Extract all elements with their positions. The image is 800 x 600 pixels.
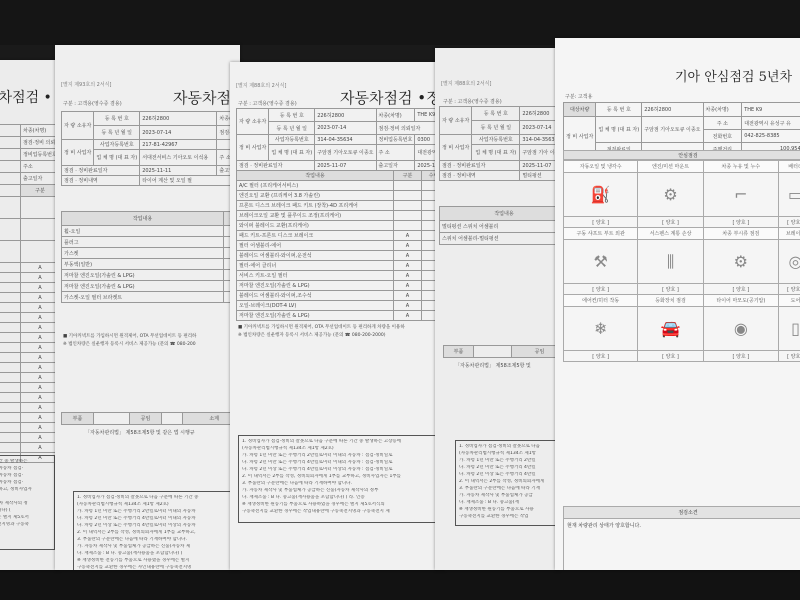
field-value: 등 록 번 호 xyxy=(94,112,140,126)
opinion-text: 현재 차량관리 상태가 양호합니다. xyxy=(564,519,800,532)
field-value: 2023-07-14 xyxy=(315,122,376,135)
table-row: 블레이드 어셈블리-와이퍼,조수석A1 xyxy=(237,291,446,301)
document-maintenance-receipt-3: [별지 제88호의 2서식] 구분 : 고객용(영수증 겸용) 자 량 소유자등… xyxy=(435,48,560,570)
field-value: 공임 xyxy=(130,413,162,425)
table-row: A/C 필터 (프리케어서비스) xyxy=(237,181,446,191)
field-value: 업 체 명 (대 표 자) xyxy=(269,145,315,161)
notes-box: 1. 정비업자가 점검·정비의 잘못으로 다음 구분에 따른 기간 중 발생하는… xyxy=(238,435,445,523)
door-icon: ▯ xyxy=(791,319,800,338)
field-value: 자 량 소유자 xyxy=(440,107,472,135)
notes-box: 따른 기간 중 발생하는이내의 자동차 점검·이내의 자동차 점검·이상의 자동… xyxy=(0,455,55,550)
field-value: 점검 · 정비내역 xyxy=(62,176,140,186)
check-item-label: 타이어 마모도(공기압) xyxy=(703,295,778,307)
table-row: 패드 키트-프론트 디스크 브레이크A1 xyxy=(237,231,446,241)
opinion-box: 점검소견 현재 차량관리 상태가 양호합니다. xyxy=(563,506,800,570)
field-value: 업 체 명 (대 표 자) xyxy=(596,117,642,143)
field-value: 차종(차명) xyxy=(376,109,415,122)
field-value: 등 록 번 호 xyxy=(269,109,315,122)
tire-icon: ◉ xyxy=(734,319,748,338)
table-row: 프론트 디스크 브레이크 패드 키트 (장착)-4D 프리케어 xyxy=(237,201,446,211)
field-value: 사업자등록번호 xyxy=(472,135,520,145)
table-row: 멀티펑션 스위치 어셈블리 xyxy=(440,221,561,233)
table-row: 저마찰 엔진오일(가솔린 & LPG)A xyxy=(62,270,241,281)
field-value: 2023-07-14 xyxy=(140,126,217,140)
field-value: 구암점 기아 이종오 xyxy=(520,145,560,161)
field-value: 구암점 기아오토큐 이종오 xyxy=(315,145,376,161)
check-status: [ 양호 ] xyxy=(638,351,703,362)
field-value: 주 소 xyxy=(376,145,415,161)
field-value: 점검 · 정비완료일자 xyxy=(440,161,520,171)
brake-icon: ◎ xyxy=(789,252,800,271)
division-label: 구분 : 고객용(영수증 겸용) xyxy=(63,100,122,107)
table-row: 플러그A xyxy=(62,237,241,248)
notes-box: 1. 정비업자가 점검·정비의 잘못으로 다음 (자동차관리법시행규칙 제134… xyxy=(455,440,560,526)
check-status: [ 양호 ] xyxy=(638,217,703,228)
check-item-label: 도어 xyxy=(779,295,800,307)
dark-background-bottom xyxy=(0,568,800,600)
form-number: [별지 제88호의 2서식] xyxy=(441,80,491,87)
field-value: 226허2800 xyxy=(642,103,703,117)
oil-coolant-icon: ⛽ xyxy=(591,185,611,204)
field-value: 정비업등록번호 xyxy=(376,135,415,145)
field-value: 2025-11-11 xyxy=(140,166,217,176)
suspension-icon: ⫼ xyxy=(667,252,674,271)
field-value: 217-81-42967 xyxy=(140,140,217,150)
leak-icon: ⌐ xyxy=(734,185,747,204)
aircon-icon: ❄ xyxy=(594,319,607,338)
table-row: 저마찰 엔진오일(가솔린 & LPG)A xyxy=(62,281,241,292)
field-value: 등 록 년 월 일 xyxy=(269,122,315,135)
table-row: 가스켓-오일 필터 브라켓트A xyxy=(62,292,241,303)
legal-reference: 「자동차관리법」 제58조제5항 및 xyxy=(455,362,531,369)
check-status: [ 양호 ] xyxy=(564,284,638,295)
table-row: 부동액(일반)A xyxy=(62,259,241,270)
check-item-label: 배터리 xyxy=(779,161,800,173)
field-value: 042-825-8385 xyxy=(742,130,800,143)
check-item-label: 에어컨/히터 작동 xyxy=(564,295,638,307)
check-item-label: 등화장치 점검 xyxy=(638,295,703,307)
cost-table: 부품공임 xyxy=(443,345,560,358)
car-lights-icon: 🚘 xyxy=(661,319,681,338)
table-row: 블레이드 어셈블리-와이퍼,운전석A1 xyxy=(237,251,446,261)
field-value: 주 소 xyxy=(703,117,742,130)
drive-shaft-icon: ⚒ xyxy=(593,252,607,271)
field-value: 공임 xyxy=(512,346,561,358)
check-status: [ 양호 ] xyxy=(564,351,638,362)
engine-mount-icon: ⚙ xyxy=(663,185,677,204)
division-label: 구분: 고객용 xyxy=(565,93,592,100)
field-value: 부품 xyxy=(444,346,474,358)
check-item-label: 브레이크 xyxy=(779,228,800,240)
form-number: [별지 제88호의 2서식] xyxy=(236,82,286,89)
bushing-gear-icon: ⚙ xyxy=(734,252,748,271)
table-row: 휠-오일A xyxy=(62,226,241,237)
table-row: 스위치 어셈블리-멀티펑션 xyxy=(440,233,561,245)
field-value: 구암점 기아오토큐 이종오 xyxy=(642,117,703,143)
field-value: 등 록 번 호 xyxy=(596,103,642,117)
table-row: 필터 어셈블리-에어A1 xyxy=(237,241,446,251)
check-item-label: 차종 부시류 점검 xyxy=(703,228,778,240)
table-row: 저마찰 엔진오일(가솔린 & LPG)A1 xyxy=(237,281,446,291)
field-value: 314-04-35634 xyxy=(315,135,376,145)
field-value: 타이어 계산 및 오일 필 xyxy=(140,176,240,186)
check-item-label: 엔진/미션 마운트 xyxy=(638,161,703,173)
field-value: 정 비 사업자 xyxy=(237,135,269,161)
field-value: 사업자등록번호 xyxy=(269,135,315,145)
field-value: 정 비 사업자 xyxy=(440,135,472,161)
table-row: 오일-브레이크(DOT-4 LV)A1 xyxy=(237,301,446,311)
field-value: 정 비 사업자 xyxy=(62,140,94,166)
check-item-label: 구동 샤프트 부트 외관 xyxy=(564,228,638,240)
field-value: 업 체 명 (대 표 자) xyxy=(472,145,520,161)
legal-reference: 「자동차관리법」 제58조제5항 및 같은 법 시행규 xyxy=(85,429,195,436)
partial-table: 차종(차명)점검·정비 의뢰정비업등록번호기타오주소출고일자구분클리스·엔진L2… xyxy=(0,124,60,463)
field-value: 등 록 년 월 일 xyxy=(472,121,520,135)
field-value: 226허2800 xyxy=(520,107,560,121)
field-value: 점검 · 정비완료일자 xyxy=(62,166,140,176)
field-value: 업 체 명 (대 표 자) xyxy=(94,150,140,166)
table-row: 저마찰 엔진오일(가솔린 & LPG)A3 xyxy=(237,311,446,321)
field-value: 점검 · 정비내역 xyxy=(440,171,520,181)
check-status: [ 양호 ] xyxy=(703,284,778,295)
table-row: 필터-에어 클리너A1 xyxy=(237,261,446,271)
doc-title: 동차점검 • xyxy=(0,87,52,107)
field-value: 부품 xyxy=(62,413,94,425)
check-status: [ 양호 ] xyxy=(779,351,800,362)
cost-table: 부품공임소계 xyxy=(61,412,240,425)
table-row: 와이퍼 블레이드 교환(프리케어) xyxy=(237,221,446,231)
table-row: 서비스 키트-오일 필터A1 xyxy=(237,271,446,281)
division-label: 구분 : 고객용(영수증 겸용) xyxy=(443,98,502,105)
vehicle-info-table: 자 량 소유자등 록 번 호226허2800차종(차명 등 록 년 월 일202… xyxy=(61,111,240,186)
field-value: 출고일자 xyxy=(376,161,415,171)
table-row: 브레이크오일 교환 및 플루이드 조정(프리케어) xyxy=(237,211,446,221)
check-status: [ 양호 ] xyxy=(564,217,638,228)
work-items-table: 작업내용구분휠-오일A플러그A가스켓A부동액(일반)A저마찰 엔진오일(가솔린 … xyxy=(61,211,240,303)
division-label: 구분 : 고객용(영수증 겸용) xyxy=(238,100,297,107)
field-value: 314-04-3563 xyxy=(520,135,560,145)
check-status: [ 양호 ] xyxy=(779,284,800,295)
table-row: 엔진오일 교환 (프리케어 3.8 가솔린) xyxy=(237,191,446,201)
doc-title: 기아 안심점검 5년차 xyxy=(675,66,792,85)
field-value: 자 량 소유자 xyxy=(62,112,94,140)
check-status: [ 양호 ] xyxy=(703,217,778,228)
field-value: 차종(차명) xyxy=(703,103,742,117)
check-item-label: 자동오일 및 냉각수 xyxy=(564,161,638,173)
check-status: [ 양호 ] xyxy=(703,351,778,362)
work-items-table: 작업내용멀티펑션 스위치 어셈블리스위치 어셈블리-멀티펑션 xyxy=(439,206,560,245)
field-value: 등 록 번 호 xyxy=(472,107,520,121)
field-value: 전화번호 xyxy=(703,130,742,143)
field-value: 226허2800 xyxy=(140,112,217,126)
notice-bullets: ■ 기아커넥트를 가입하시면 원격제어, OTA 무선업데이트 등 편리하게 차… xyxy=(238,324,405,339)
check-status: [ 양호 ] xyxy=(779,217,800,228)
field-value: 2025-11-07 xyxy=(315,161,376,171)
table-row: 가스켓A xyxy=(62,248,241,259)
doc-title: 자동차점검 •정비 xyxy=(340,87,445,108)
document-kia-safety-check: 기아 안심점검 5년차 구분: 고객용 대상차량등 록 번 호226허2800차… xyxy=(555,38,800,570)
field-value: 대전광역시 유성구 유 xyxy=(742,117,800,130)
check-status: [ 양호 ] xyxy=(638,284,703,295)
document-left-edge: 동차점검 • 차종(차명)점검·정비 의뢰정비업등록번호기타오주소출고일자구분클… xyxy=(0,60,60,570)
field-value: 멀티펑션 xyxy=(520,171,560,181)
field-value: 226허2800 xyxy=(315,109,376,122)
notice-bullets: ■ 기아커넥트를 가입하시면 원격제어, OTA 무선업데이트 등 편리하※ 법… xyxy=(63,333,196,348)
field-value: 점검 · 정비완료일자 xyxy=(237,161,315,171)
notes-box: 1. 정비업자가 점검·정비의 잘못으로 다음 구분에 따른 기간 중 (자동차… xyxy=(73,491,240,570)
field-value: 대상차량 xyxy=(564,103,596,117)
field-value: 2023-07-14 xyxy=(520,121,560,135)
form-number: [별지 제93호의 2서식] xyxy=(61,81,111,88)
check-header: 안심점검 xyxy=(563,150,800,160)
field-value: 자 량 소유자 xyxy=(237,109,269,135)
work-items-table: 작업내용구분수량A/C 필터 (프리케어서비스)엔진오일 교환 (프리케어 3.… xyxy=(236,170,445,321)
field-value: 2025-11-07 xyxy=(520,161,560,171)
field-value: 사업자등록번호 xyxy=(94,140,140,150)
field-value: 서대전서비스 기아오토 이석용 xyxy=(140,150,217,166)
vehicle-info-table: 자 량 소유자등 록 번 호226허2800 등 록 년 월 일2023-07-… xyxy=(439,106,560,181)
check-item-label: 차종 누유 및 누수 xyxy=(703,161,778,173)
field-value: 등 록 년 월 일 xyxy=(94,126,140,140)
field-value: THE K9 xyxy=(742,103,800,117)
battery-icon: ▭ xyxy=(788,185,800,204)
check-item-label: 서스펜스 계통 손상 xyxy=(638,228,703,240)
document-maintenance-receipt-2: [별지 제88호의 2서식] 자동차점검 •정비 구분 : 고객용(영수증 겸용… xyxy=(230,62,445,570)
vehicle-info-table: 대상차량등 록 번 호226허2800차종(차명)THE K9 정 비 사업자업… xyxy=(563,102,800,156)
opinion-header: 점검소견 xyxy=(564,507,800,519)
check-items-grid: 자동오일 및 냉각수엔진/미션 마운트차종 누유 및 누수배터리⛽⚙⌐▭[ 양호… xyxy=(563,160,800,362)
document-maintenance-receipt-1: [별지 제93호의 2서식] 자동차점검 구분 : 고객용(영수증 겸용) 자 … xyxy=(55,45,240,570)
